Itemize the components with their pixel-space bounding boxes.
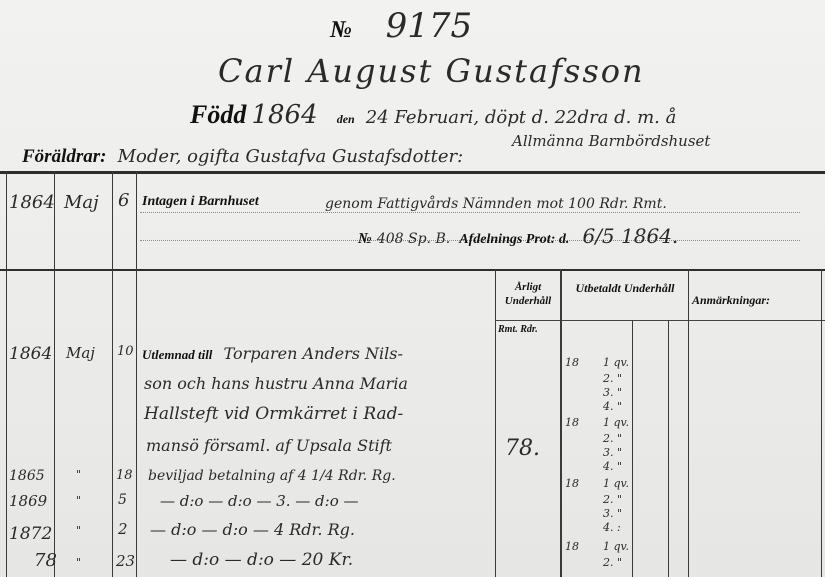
rule-dotted-intake (140, 212, 800, 213)
protocol-line: № 408 Sp. B. Afdelnings Prot: d. 6/5 186… (358, 224, 678, 248)
ledger-page: № 9175 Carl August Gustafsson Född 1864 … (0, 0, 825, 577)
rule-table-header-bottom (495, 320, 825, 321)
parents-label: Föräldrar: (22, 146, 106, 167)
col-line-paid-sub2 (668, 320, 669, 577)
header-annual: Årligt Underhåll (498, 280, 558, 308)
intake-handwritten: genom Fattigvårds Nämnden mot 100 Rdr. R… (325, 196, 667, 212)
entry-7-month: " (76, 556, 81, 569)
paid-1-q4: 4. " (603, 460, 622, 473)
paid-3-q2: 2. " (603, 556, 622, 569)
col-line-year (54, 171, 55, 577)
protocol-date: 6/5 1864. (582, 224, 678, 248)
entry-7-text: — d:o — d:o — 20 Kr. (170, 550, 353, 570)
parents-line: Föräldrar: Moder, ogifta Gustafva Gustaf… (22, 146, 463, 168)
entry-7-year: 78 (34, 550, 57, 571)
col-line-paid-sub1 (632, 320, 633, 577)
col-line-left (6, 171, 7, 577)
paid-2-q2: 2. " (603, 493, 622, 506)
entry-7-day: 23 (116, 552, 135, 570)
entry-0-year: 1864 (9, 344, 52, 364)
entry-5-day: 5 (118, 492, 127, 508)
birth-line: Född 1864 den 24 Februari, döpt d. 22dra… (190, 100, 676, 130)
entry-0-text: Torparen Anders Nils- (224, 344, 403, 363)
protocol-no-label: № (358, 231, 372, 247)
entry-4-day: 18 (116, 468, 133, 483)
paid-3-amount: 18 (565, 540, 579, 553)
record-number: № 9175 (330, 6, 472, 46)
entry-5-text: — d:o — d:o — 3. — d:o — (160, 492, 359, 510)
number-label: № (330, 17, 352, 43)
paid-2-q1: 1 qv. (603, 477, 629, 490)
entry-3-annual: 78. (505, 436, 540, 461)
entry-6-month: " (76, 524, 81, 537)
col-line-annual (495, 269, 496, 577)
paid-1-q2: 2. " (603, 432, 622, 445)
baptism-place: Allmänna Barnbördshuset (512, 132, 710, 150)
intake-label: Intagen i Barnhuset (142, 194, 259, 210)
entry-6-day: 2 (118, 520, 128, 538)
paid-0-q4: 4. " (603, 400, 622, 413)
entry-4-month: " (76, 468, 81, 481)
number-value: 9175 (386, 6, 473, 46)
entry-6-year: 1872 (9, 524, 52, 544)
rule-top (0, 171, 825, 174)
born-date: 24 Februari, döpt d. 22dra d. m. å (366, 107, 677, 128)
paid-1-q3: 3. " (603, 446, 622, 459)
col-line-remarks (688, 269, 689, 577)
entry-0-line: Utlemnad till Torparen Anders Nils- (142, 344, 403, 363)
paid-0-q2: 2. " (603, 372, 622, 385)
intake-day: 6 (118, 190, 129, 211)
parents-value: Moder, ogifta Gustafva Gustafsdotter: (118, 146, 464, 167)
protocol-no-value: 408 Sp. B. (377, 231, 450, 247)
paid-0-amount: 18 (565, 356, 579, 369)
paid-2-q4: 4. : (603, 521, 621, 534)
born-label: Född (190, 100, 246, 129)
entry-0-day: 10 (117, 344, 134, 359)
intake-month: Maj (64, 192, 99, 213)
entry-5-year: 1869 (9, 492, 47, 510)
entry-6-text: — d:o — d:o — 4 Rdr. Rg. (150, 520, 355, 539)
child-name: Carl August Gustafsson (218, 52, 645, 90)
intake-year: 1864 (9, 192, 55, 213)
paid-3-q1: 1 qv. (603, 540, 629, 553)
paid-2-q3: 3. " (603, 507, 622, 520)
entry-4-year: 1865 (9, 468, 45, 484)
born-year: 1864 (251, 100, 317, 130)
entry-2-text: Hallsteft vid Ormkärret i Rad- (144, 404, 403, 424)
col-line-paid (560, 269, 562, 577)
entry-0-month: Maj (66, 344, 95, 362)
col-line-month (112, 171, 113, 577)
col-line-day (136, 171, 137, 577)
header-paid: Utbetaldt Underhåll (570, 280, 680, 296)
entry-1-text: son och hans hustru Anna Maria (144, 374, 408, 393)
paid-1-amount: 18 (565, 416, 579, 429)
entry-4-text: beviljad betalning af 4 1/4 Rdr. Rg. (148, 468, 396, 484)
rule-table-header-top (0, 269, 825, 271)
header-remarks: Anmärkningar: (692, 293, 770, 308)
paid-0-q1: 1 qv. (603, 356, 629, 369)
header-annual-unit: Rmt. Rdr. (498, 324, 538, 335)
entry-0-printed: Utlemnad till (142, 347, 212, 362)
col-line-right (821, 269, 822, 577)
entry-5-month: " (76, 494, 81, 507)
paid-2-amount: 18 (565, 477, 579, 490)
paid-0-q3: 3. " (603, 386, 622, 399)
entry-3-text: mansö församl. af Upsala Stift (146, 436, 392, 455)
protocol-label: Afdelnings Prot: d. (459, 232, 569, 247)
born-den: den (337, 112, 355, 126)
paid-1-q1: 1 qv. (603, 416, 629, 429)
